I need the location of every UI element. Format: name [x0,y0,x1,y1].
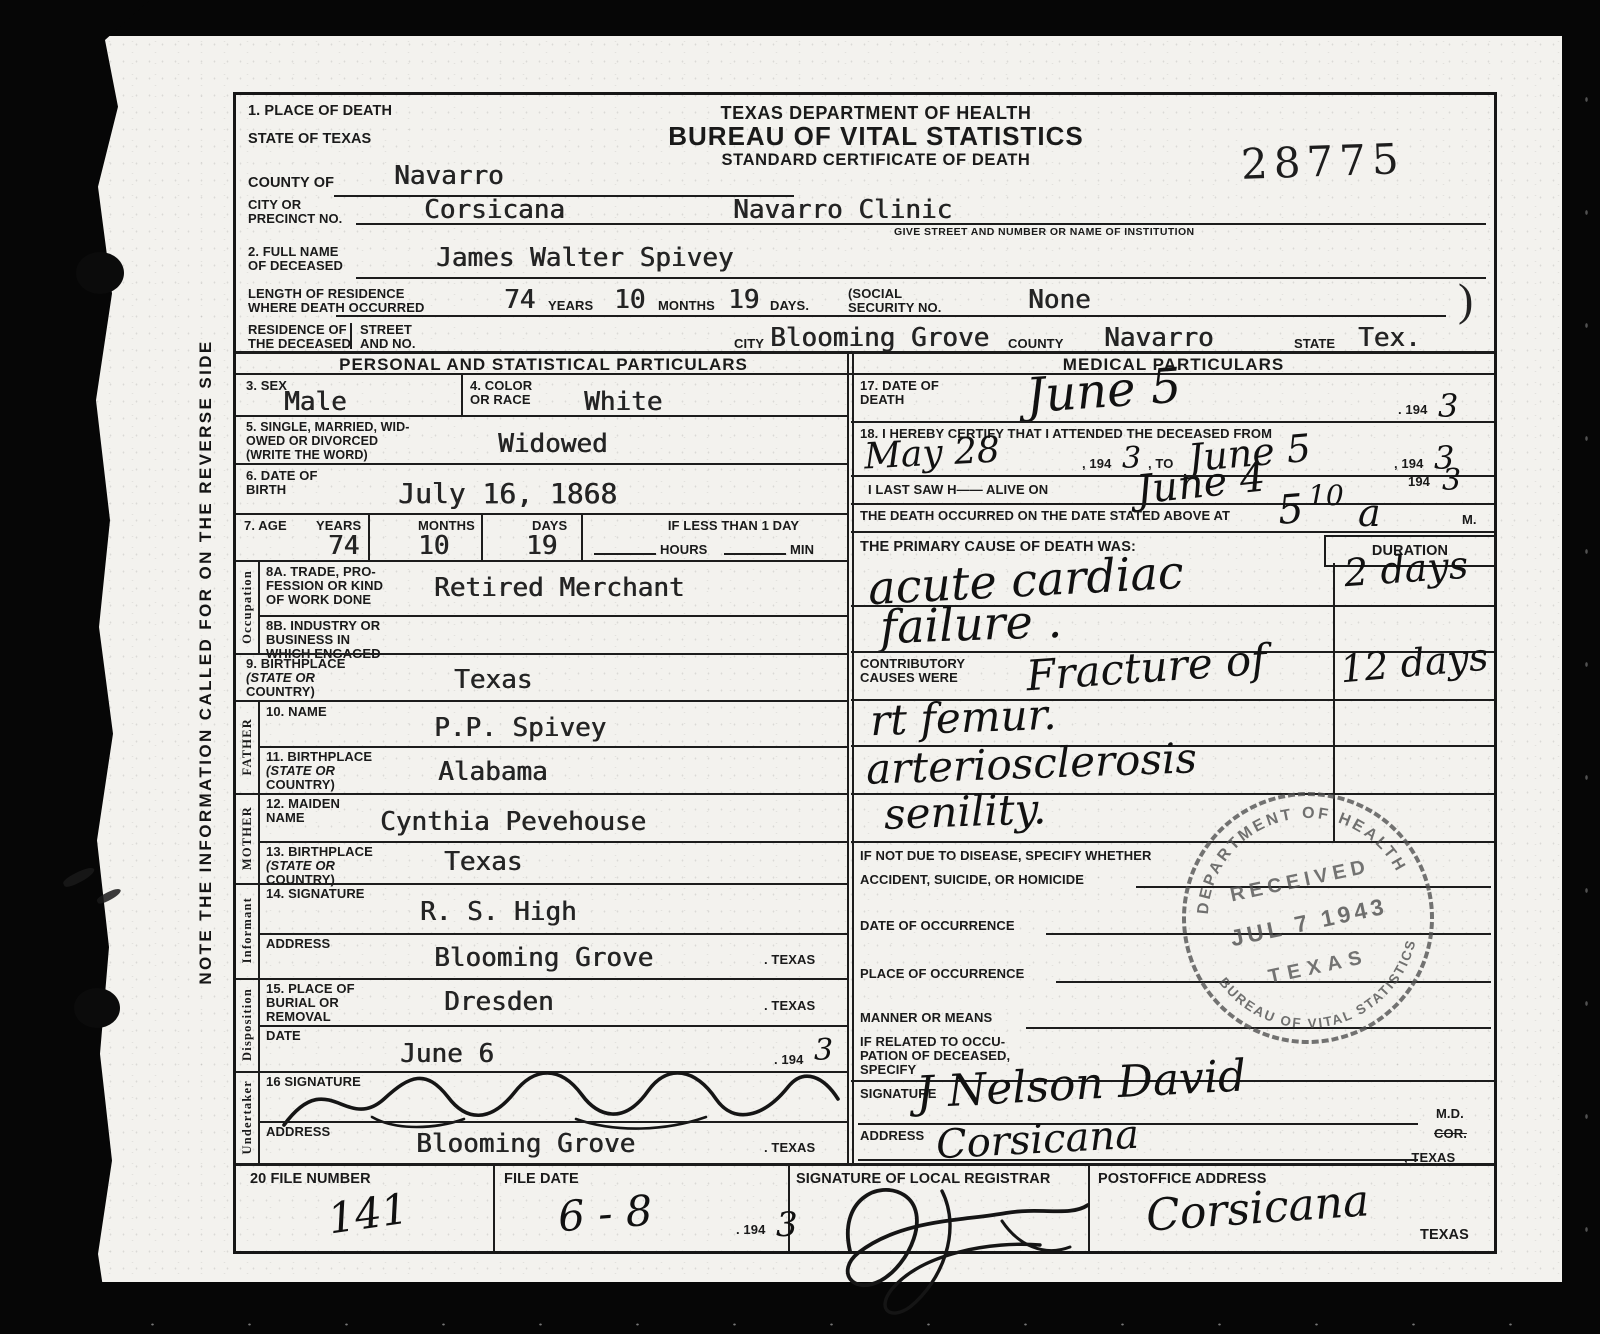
informant-addr-suffix: . TEXAS [764,953,815,968]
undertaker-addr-label: ADDRESS [266,1125,330,1140]
row-rule [851,421,1494,423]
residence-divider [350,323,352,349]
father-bp-value: Alabama [438,757,548,787]
file-date-value: 6 - 8 [556,1186,654,1241]
file-number-value: 141 [325,1184,411,1244]
dateocc-label: DATE OF OCCURRENCE [860,919,1015,934]
m-label: M. [1462,513,1477,528]
disposition-tab: Disposition [236,978,260,1071]
residence-label2: THE DECEASED [248,337,351,352]
row-rule [258,1121,847,1123]
lastsaw-year-printed: 194 [1408,475,1430,490]
trade-value: Retired Merchant [434,573,684,603]
length-months-value: 10 [614,285,645,315]
row-rule [236,560,847,562]
res-county-label: COUNTY [1008,337,1064,352]
sex-value: Male [284,387,347,417]
race-label2: OR RACE [470,393,531,408]
dod-year-printed: . 194 [1398,403,1427,418]
file-number-label: 20 FILE NUMBER [250,1171,371,1187]
lastsaw-year-hand: 3 [1442,463,1461,498]
po-address-suffix: TEXAS [1420,1227,1469,1243]
row-rule [236,793,847,795]
row-rule [258,615,847,617]
undertaker-signature-scrawl [276,1047,846,1137]
institution-value: Navarro Clinic [733,195,952,225]
row-rule [236,978,847,980]
section-band-bottom-rule [236,373,1494,375]
bureau-title: BUREAU OF VITAL STATISTICS [626,122,1126,151]
length-label2: WHERE DEATH OCCURRED [248,301,425,316]
undertaker-addr-value: Blooming Grove [416,1129,635,1159]
row-rule [236,463,847,465]
received-stamp: DEPARTMENT OF HEALTH BUREAU OF VITAL STA… [1130,740,1486,1096]
time-ampm-value: a [1358,491,1381,535]
row-rule [236,653,847,655]
dod-value: June 5 [1024,358,1183,425]
marital-label3: (WRITE THE WORD) [246,448,368,462]
attended-from-value: May 28 [863,429,1001,477]
res-city-label: CITY [734,337,764,352]
age-label: 7. AGE [244,519,287,534]
registrar-signature-scrawl [792,1161,1122,1321]
cause-line2: failure . [879,594,1063,654]
father-name-value: P.P. Spivey [434,713,606,743]
svg-text:BUREAU OF VITAL STATISTICS: BUREAU OF VITAL STATISTICS [1215,934,1433,1050]
age-divider-2 [481,513,483,560]
burial-suffix: . TEXAS [764,999,815,1014]
column-split-line-2 [852,351,854,1163]
placeocc-label: PLACE OF OCCURRENCE [860,967,1024,982]
county-of-label: COUNTY OF [248,175,334,191]
occurred-label: THE DEATH OCCURRED ON THE DATE STATED AB… [860,509,1230,524]
precinct-no-label: PRECINCT NO. [248,212,342,227]
bottom-divider-1 [493,1163,495,1251]
length-days-value: 19 [728,285,759,315]
age-divider-3 [581,513,583,560]
marital-label2: OWED OR DIVORCED [246,434,378,448]
margin-note: NOTE THE INFORMATION CALLED FOR ON THE R… [196,339,216,984]
birth-label2: BIRTH [246,483,286,498]
burial-label3: REMOVAL [266,1010,331,1025]
punch-hole-top [76,252,124,294]
informant-tab-label: Informant [240,897,255,963]
contrib-label2: CAUSES WERE [860,671,958,686]
informant-sig-value: R. S. High [420,897,577,927]
informant-tab: Informant [236,883,260,978]
full-name-label2: OF DECEASED [248,259,343,274]
institution-note: GIVE STREET AND NUMBER OR NAME OF INSTIT… [894,227,1195,239]
row-rule [236,883,847,885]
county-value: Navarro [394,161,504,191]
punch-hole-bottom [74,988,120,1028]
related-label3: SPECIFY [860,1063,916,1078]
age-days-value: 19 [526,531,557,561]
age-hours-label: HOURS [660,543,707,558]
row-rule [258,933,847,935]
row-rule [236,513,847,515]
length-rule [336,315,1446,317]
mother-tab: MOTHER [236,793,260,883]
ssn-label2: SECURITY NO. [848,301,941,316]
full-name-rule [356,277,1486,279]
md-label: M.D. [1436,1107,1464,1122]
father-bp-label3: COUNTRY) [266,778,335,793]
undertaker-tab: Undertaker [236,1071,260,1163]
row-rule [851,531,1494,533]
father-tab: FATHER [236,700,260,793]
res-city-value: Blooming Grove [770,323,989,353]
row-rule [258,746,847,748]
age-months-value: 10 [418,531,449,561]
dod-label2: DEATH [860,393,904,408]
file-year-printed: . 194 [736,1223,765,1238]
personal-section-title: PERSONAL AND STATISTICAL PARTICULARS [236,355,851,374]
to-year-printed: , 194 [1394,457,1423,472]
marital-label1: 5. SINGLE, MARRIED, WID- [246,420,410,434]
contrib-duration: 12 days [1338,635,1490,692]
birthplace-value: Texas [454,665,532,695]
row-rule [851,503,1494,505]
occupation-tab: Occupation [236,560,260,653]
cause-duration: 2 days [1343,543,1470,596]
stamp-arc-bottom: BUREAU OF VITAL STATISTICS [1215,934,1433,1050]
years-label: YEARS [548,299,593,314]
ssn-value: None [1028,285,1091,315]
full-name-value: James Walter Spivey [436,243,733,273]
certificate-title: STANDARD CERTIFICATE OF DEATH [656,151,1096,170]
row-rule [258,1025,847,1027]
street-label2: AND NO. [360,337,416,352]
manner-label: MANNER OR MEANS [860,1011,992,1026]
length-years-value: 74 [504,285,535,315]
city-value: Corsicana [424,195,565,225]
certificate-form: 1. PLACE OF DEATH STATE OF TEXAS TEXAS D… [233,92,1497,1254]
birthplace-label3: COUNTRY) [246,685,315,700]
certificate-number: 28775 [1240,134,1405,189]
mother-name-label2: NAME [266,811,305,826]
marital-value: Widowed [498,429,608,459]
row-rule [258,841,847,843]
trade-label3: OF WORK DONE [266,593,371,608]
occupation-tab-label: Occupation [240,570,255,644]
contrib-line2: rt femur. [869,690,1057,745]
res-state-label: STATE [1294,337,1335,352]
father-tab-label: FATHER [240,718,255,775]
age-divider-1 [368,513,370,560]
mother-bp-value: Texas [444,847,522,877]
burial-date-label: DATE [266,1029,301,1044]
race-value: White [584,387,662,417]
months-label: MONTHS [658,299,715,314]
place-of-death-label: 1. PLACE OF DEATH [248,103,392,119]
ifnot-label: IF NOT DUE TO DISEASE, SPECIFY WHETHER [860,849,1152,864]
undertaker-addr-suffix: . TEXAS [764,1141,815,1156]
sex-label: 3. SEX [246,379,287,394]
section-band-top-rule [236,351,1494,354]
age-less-label: IF LESS THAN 1 DAY [626,519,841,534]
res-state-value: Tex. [1358,323,1421,353]
informant-addr-label: ADDRESS [266,937,330,952]
time-hour-value: 5 [1276,486,1305,534]
column-split-line-1 [847,351,849,1163]
disposition-tab-label: Disposition [240,988,255,1061]
dod-year-hand: 3 [1438,387,1458,425]
hours-rule [594,553,656,555]
physician-addr-label: ADDRESS [860,1129,924,1144]
res-county-value: Navarro [1104,323,1214,353]
row-rule [236,700,847,702]
from-year-printed: , 194 [1082,457,1111,472]
birth-value: July 16, 1868 [398,477,617,510]
state-of-texas-label: STATE OF TEXAS [248,131,371,147]
closing-paren: ) [1458,273,1473,326]
cor-label: COR. [1434,1127,1467,1142]
sex-race-divider [461,373,463,415]
age-min-label: MIN [790,543,814,558]
mother-tab-label: MOTHER [240,806,255,870]
undertaker-tab-label: Undertaker [240,1080,255,1155]
scanned-death-certificate: NOTE THE INFORMATION CALLED FOR ON THE R… [0,0,1600,1334]
city-rule [356,223,1486,225]
age-years-value: 74 [328,531,359,561]
file-date-label: FILE DATE [504,1171,579,1187]
mother-name-value: Cynthia Pevehouse [380,807,646,837]
informant-addr-value: Blooming Grove [434,943,653,973]
informant-sig-label: 14. SIGNATURE [266,887,365,902]
father-name-label: 10. NAME [266,705,327,720]
days-label: DAYS. [770,299,809,314]
accident-label: ACCIDENT, SUICIDE, OR HOMICIDE [860,873,1084,888]
stamp-texas: TEXAS [1266,946,1370,989]
burial-value: Dresden [444,987,554,1017]
time-min-value: 10 [1308,479,1344,512]
row-rule [236,415,847,417]
lastsaw-label: I LAST SAW H—— ALIVE ON [868,483,1048,498]
contrib-line4: senility. [883,784,1047,839]
min-rule [724,553,786,555]
